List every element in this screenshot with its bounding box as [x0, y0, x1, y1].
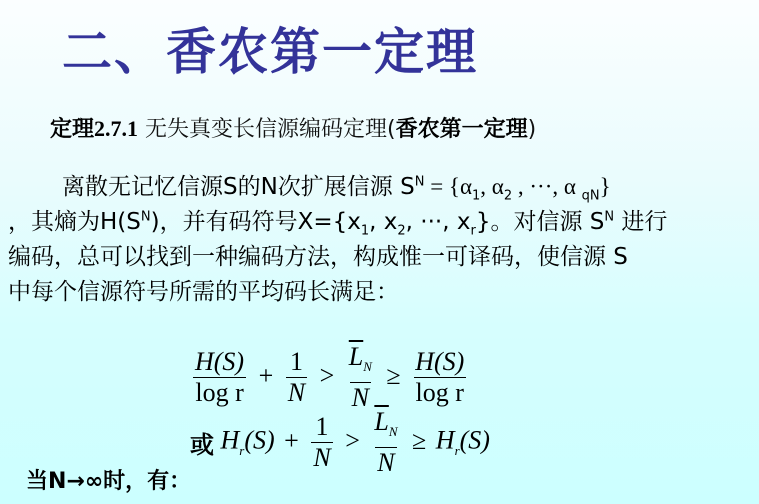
- text: , x: [369, 209, 397, 235]
- sub: 2: [504, 189, 512, 204]
- operator: >: [320, 361, 335, 390]
- theorem-name: 无失真变长信源编码定理(: [145, 117, 396, 142]
- numerator: 1: [288, 347, 305, 377]
- theorem-close: ): [528, 117, 537, 142]
- denominator: log r: [193, 377, 245, 408]
- operator: ≥: [386, 361, 400, 390]
- denominator: N: [286, 377, 307, 408]
- denominator: N: [375, 447, 396, 478]
- numerator: LN: [372, 407, 399, 447]
- fraction: H(S)log r: [193, 347, 246, 408]
- sup: N: [415, 174, 425, 189]
- arg: (S): [460, 426, 490, 455]
- operator: +: [284, 426, 299, 455]
- or-label: 或: [190, 431, 214, 459]
- sup: N: [604, 209, 614, 224]
- sup: N: [141, 209, 151, 224]
- denominator: log r: [414, 377, 466, 408]
- operator: >: [345, 426, 360, 455]
- h: H: [221, 426, 240, 455]
- text: )，并有码符号X={x: [151, 209, 361, 235]
- sub: 1: [361, 224, 369, 239]
- numerator: 1: [314, 412, 331, 442]
- fraction: H(S)log r: [413, 347, 466, 408]
- paragraph-line-4: 中每个信源符号所需的平均码长满足：: [8, 273, 399, 306]
- denominator: N: [311, 442, 332, 473]
- theorem-label: 定理2.7.1: [50, 116, 138, 141]
- paragraph-line-2: ，其熵为H(SN)，并有码符号X={x1, x2, ···, xr}。对信源 S…: [8, 203, 667, 239]
- sub: N: [363, 359, 372, 374]
- operator: ≥: [412, 426, 426, 455]
- sub: N: [389, 424, 398, 439]
- equation-1: H(S)log r + 1N > LNN ≥ H(S)log r: [190, 342, 469, 413]
- text: = {α: [424, 174, 472, 199]
- numerator: H(S): [413, 347, 466, 377]
- sub: qN: [582, 189, 600, 204]
- paragraph-line-3: 编码，总可以找到一种编码方法，构成惟一可译码，使信源 S: [8, 238, 628, 271]
- text: 进行: [614, 209, 667, 235]
- text: , ···, x: [406, 209, 471, 235]
- text: , ···, α: [512, 174, 582, 199]
- text: ，其熵为H(S: [8, 209, 141, 235]
- equation-2: 或 Hr(S) + 1N > LNN ≥ Hr(S): [190, 407, 490, 478]
- fraction: LNN: [347, 342, 374, 413]
- conclusion-text: 当N→∞时，有：: [26, 464, 191, 495]
- sub: 2: [397, 224, 405, 239]
- theorem-heading: 定理2.7.1 无失真变长信源编码定理(香农第一定理): [50, 112, 536, 143]
- numerator: H(S): [193, 347, 246, 377]
- paragraph-line-1: 离散无记忆信源S的N次扩展信源 SN = {α1, α2 , ···, α qN…: [62, 168, 611, 204]
- text: }: [600, 174, 611, 199]
- h: H: [436, 426, 455, 455]
- l-bar: L: [374, 407, 388, 436]
- text: 离散无记忆信源S的N次扩展信源 S: [62, 174, 415, 200]
- slide-title: 二、香农第一定理: [62, 12, 478, 84]
- text: }。对信源 S: [476, 209, 605, 235]
- fraction: LNN: [372, 407, 399, 478]
- operator: +: [259, 361, 274, 390]
- l-bar: L: [349, 342, 363, 371]
- fraction: 1N: [286, 347, 307, 408]
- arg: (S): [244, 426, 274, 455]
- theorem-alias: 香农第一定理: [396, 117, 528, 142]
- numerator: LN: [347, 342, 374, 382]
- fraction: 1N: [311, 412, 332, 473]
- text: , α: [480, 174, 504, 199]
